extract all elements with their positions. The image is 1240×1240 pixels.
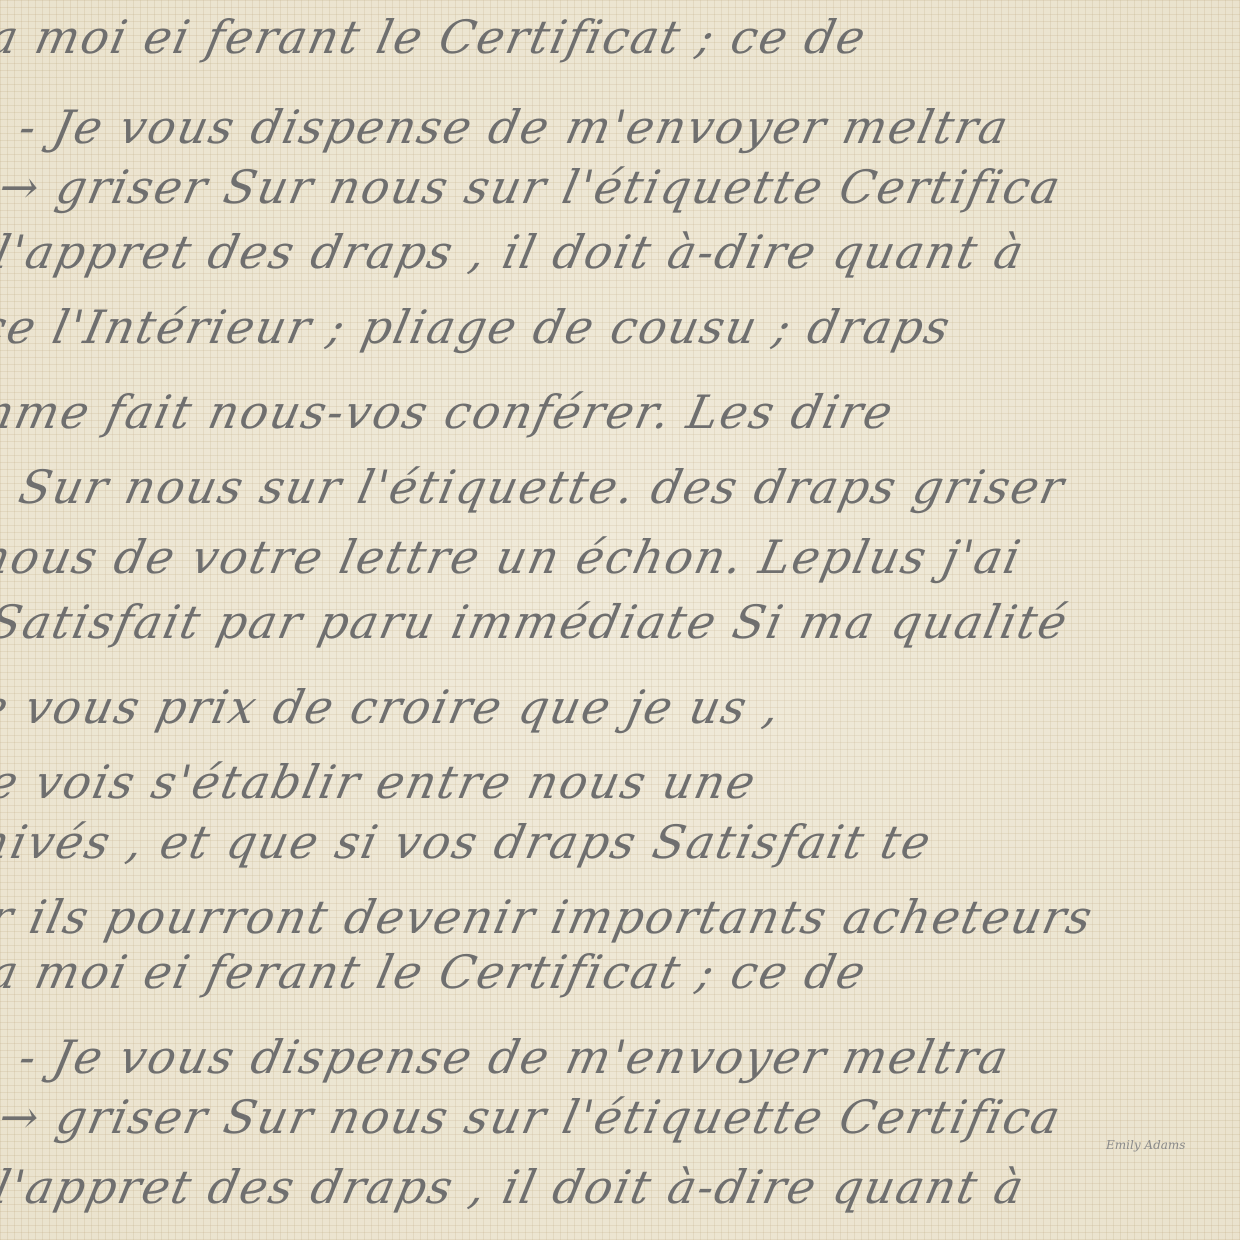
handwritten-line: - Je vous dispense de m'envoyer meltra <box>14 1030 1014 1084</box>
handwritten-line: → griser Sur nous sur l'étiquette Certif… <box>0 160 1067 214</box>
handwritten-line: e vois s'établir entre nous une <box>0 755 762 809</box>
handwritten-line: mme fait nous-vos conférer. Les dire <box>0 385 899 439</box>
handwritten-line: l'appret des draps , il doit à-dire quan… <box>0 225 1030 279</box>
handwritten-line: nous de votre lettre un échon. Leplus j'… <box>0 530 1027 584</box>
handwritten-line: - Je vous dispense de m'envoyer meltra <box>14 100 1014 154</box>
handwritten-line: a moi ei ferant le Certificat ; ce de <box>0 10 872 64</box>
handwritten-line: Satisfait par paru immédiate Si ma quali… <box>0 595 1074 649</box>
handwritten-line: e vous prix de croire que je us , <box>0 680 787 734</box>
handwritten-line: hivés , et que si vos draps Satisfait te <box>0 815 937 869</box>
handwritten-line: → griser Sur nous sur l'étiquette Certif… <box>0 1090 1067 1144</box>
handwritten-line: l'appret des draps , il doit à-dire quan… <box>0 1160 1030 1214</box>
handwritten-line: a moi ei ferant le Certificat ; ce de <box>0 945 872 999</box>
artist-signature: Emily Adams <box>1106 1138 1185 1152</box>
handwritten-line: Sur nous sur l'étiquette. des draps gris… <box>14 460 1070 514</box>
handwritten-line: r ils pourront devenir importants achete… <box>0 890 1099 944</box>
handwritten-line: ce l'Intérieur ; pliage de cousu ; draps <box>0 300 956 354</box>
